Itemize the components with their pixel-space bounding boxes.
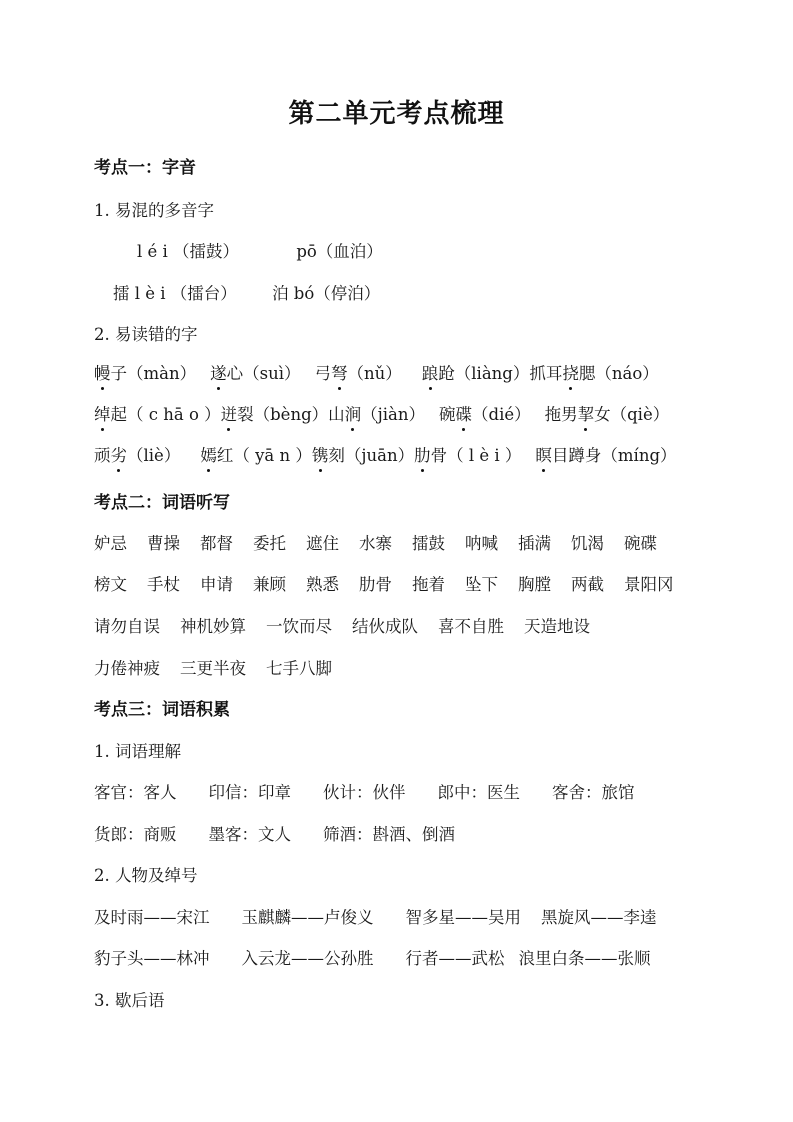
word-meaning-entry: 伙计：伙伴 [323,781,406,805]
emphasis-char: 遂 [210,362,227,386]
polyphonic-entry: l é i （擂鼓） [137,240,239,264]
subheading-misread: 2. 易读错的字 [94,323,198,347]
dictation-word: 兼顾 [253,573,286,597]
nickname-entry: 浪里白条——张顺 [519,947,651,971]
nickname-entry: 行者——武松 [406,947,505,971]
misread-entry: 遂心（suì） [210,362,300,386]
emphasis-char: 踉 [422,362,439,386]
misread-entry: 拖男挈女（qiè） [545,403,670,427]
section-heading-pronunciation: 考点一：字音 [94,156,196,180]
dictation-word: 天造地设 [524,615,590,639]
dictation-word: 曹操 [147,532,180,556]
emphasis-char: 碟 [456,403,473,427]
dictation-word: 碗碟 [624,532,657,556]
dictation-word: 力倦神疲 [94,657,160,681]
dictation-word: 三更半夜 [180,657,246,681]
misread-entry: 瞑目蹲身（míng） [535,444,676,468]
dictation-word: 手杖 [147,573,180,597]
misread-row: 顽劣（liè）嫣红（ yā n ）镌刻（juān）肋骨（ l è i ）瞑目蹲身… [94,444,677,468]
polyphonic-entry: 擂 l è i （擂台） [113,282,237,306]
word-meaning-entry: 印信：印章 [209,781,292,805]
emphasis-char: 瞑 [535,444,552,468]
nickname-entry: 智多星——吴用 [406,906,522,930]
dictation-word: 都督 [200,532,233,556]
polyphonic-row-2: 擂 l è i （擂台） 泊 bó（停泊） [113,282,380,306]
dictation-word: 胸膛 [518,573,551,597]
nickname-entry: 豹子头——林冲 [94,947,210,971]
section-heading-vocabulary: 考点三：词语积累 [94,698,230,722]
dictation-word: 喜不自胜 [438,615,504,639]
misread-entry: 山涧（jiàn） [328,403,425,427]
emphasis-char: 嫣 [200,444,217,468]
dictation-word: 结伙成队 [352,615,418,639]
polyphonic-entry: 泊 bó（停泊） [272,282,380,306]
emphasis-char: 挈 [578,403,595,427]
misread-entry: 幔子（màn） [94,362,196,386]
nickname-row: 及时雨——宋江玉麒麟——卢俊义智多星——吴用黑旋风——李逵 [94,906,657,930]
misread-entry: 肋骨（ l è i ） [414,444,521,468]
subheading-word-meaning: 1. 词语理解 [94,740,181,764]
word-meaning-entry: 郎中：医生 [438,781,521,805]
word-meaning-entry: 客舍：旅馆 [552,781,635,805]
emphasis-char: 挠 [562,362,579,386]
dictation-word: 拖着 [412,573,445,597]
emphasis-char: 弩 [331,362,348,386]
word-meaning-row: 货郎：商贩墨客：文人筛酒：斟酒、倒酒 [94,823,455,847]
word-meaning-row: 客官：客人印信：印章伙计：伙伴郎中：医生客舍：旅馆 [94,781,635,805]
dictation-word: 饥渴 [571,532,604,556]
nickname-entry: 及时雨——宋江 [94,906,210,930]
dictation-word: 申请 [200,573,233,597]
misread-entry: 抓耳挠腮（náo） [529,362,658,386]
polyphonic-entry: pō（血泊） [296,240,383,264]
misread-entry: 碗碟（dié） [439,403,531,427]
misread-entry: 迸裂（bèng） [221,403,329,427]
emphasis-char: 绰 [94,403,111,427]
subheading-polyphonic: 1. 易混的多音字 [94,199,214,223]
misread-row: 绰起（ c hā o ）迸裂（bèng）山涧（jiàn）碗碟（dié）拖男挈女（… [94,403,669,427]
dictation-word: 熟悉 [306,573,339,597]
dictation-word: 请勿自误 [94,615,160,639]
nickname-entry: 入云龙——公孙胜 [242,947,374,971]
misread-entry: 顽劣（liè） [94,444,180,468]
dictation-word: 一饮而尽 [266,615,332,639]
misread-entry: 踉跄（liàng） [422,362,530,386]
document-page: 第二单元考点梳理 考点一：字音 1. 易混的多音字 l é i （擂鼓） pō（… [0,0,793,1122]
dictation-word: 水寨 [359,532,392,556]
dictation-row: 妒忌曹操都督委托遮住水寨擂鼓呐喊插满饥渴碗碟 [94,532,657,556]
word-meaning-entry: 墨客：文人 [209,823,292,847]
subheading-characters-nicknames: 2. 人物及绰号 [94,864,198,888]
dictation-row: 榜文手杖申请兼顾熟悉肋骨拖着坠下胸膛两截景阳冈 [94,573,674,597]
misread-entry: 绰起（ c hā o ） [94,403,221,427]
misread-entry: 弓弩（nǔ） [315,362,402,386]
emphasis-char: 肋 [414,444,431,468]
emphasis-char: 迸 [221,403,238,427]
emphasis-char: 劣 [111,444,128,468]
misread-row: 幔子（màn）遂心（suì）弓弩（nǔ）踉跄（liàng）抓耳挠腮（náo） [94,362,659,386]
nickname-entry: 黑旋风——李逵 [541,906,657,930]
dictation-word: 妒忌 [94,532,127,556]
nickname-row: 豹子头——林冲入云龙——公孙胜行者——武松浪里白条——张顺 [94,947,651,971]
dictation-row: 力倦神疲三更半夜七手八脚 [94,657,332,681]
dictation-word: 遮住 [306,532,339,556]
misread-entry: 镌刻（juān） [312,444,414,468]
word-meaning-entry: 客官：客人 [94,781,177,805]
emphasis-char: 幔 [94,362,111,386]
dictation-word: 两截 [571,573,604,597]
dictation-word: 擂鼓 [412,532,445,556]
dictation-row: 请勿自误神机妙算一饮而尽结伙成队喜不自胜天造地设 [94,615,590,639]
section-heading-dictation: 考点二：词语听写 [94,491,230,515]
dictation-word: 神机妙算 [180,615,246,639]
misread-entry: 嫣红（ yā n ） [200,444,312,468]
word-meaning-entry: 筛酒：斟酒、倒酒 [323,823,455,847]
emphasis-char: 涧 [345,403,362,427]
nickname-entry: 玉麒麟——卢俊义 [242,906,374,930]
emphasis-char: 镌 [312,444,329,468]
dictation-word: 呐喊 [465,532,498,556]
dictation-word: 七手八脚 [266,657,332,681]
dictation-word: 榜文 [94,573,127,597]
dictation-word: 插满 [518,532,551,556]
dictation-word: 委托 [253,532,286,556]
subheading-xiehouyu: 3. 歇后语 [94,989,165,1013]
page-title: 第二单元考点梳理 [0,96,793,132]
dictation-word: 坠下 [465,573,498,597]
word-meaning-entry: 货郎：商贩 [94,823,177,847]
dictation-word: 肋骨 [359,573,392,597]
dictation-word: 景阳冈 [624,573,674,597]
polyphonic-row-1: l é i （擂鼓） pō（血泊） [137,240,383,264]
